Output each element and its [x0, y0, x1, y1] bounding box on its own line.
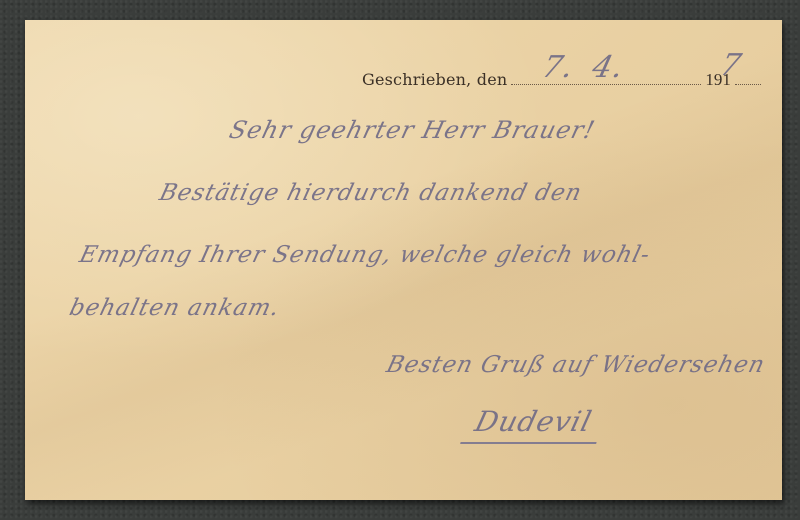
dotted-fill-line-year	[735, 83, 761, 85]
letter-card: Geschrieben, den 191 7. 4. 7 Sehr geehrt…	[25, 20, 782, 500]
body-line-2: Empfang Ihrer Sendung, welche gleich woh…	[77, 242, 653, 268]
salutation: Sehr geehrter Herr Brauer!	[227, 116, 599, 144]
printed-label-written-on: Geschrieben, den	[362, 70, 507, 89]
signature: Dudevil	[460, 405, 605, 444]
body-line-3: behalten ankam.	[67, 295, 283, 321]
body-line-1: Bestätige hierdurch dankend den	[157, 180, 585, 206]
closing-line: Besten Gruß auf Wiedersehen	[384, 352, 768, 378]
